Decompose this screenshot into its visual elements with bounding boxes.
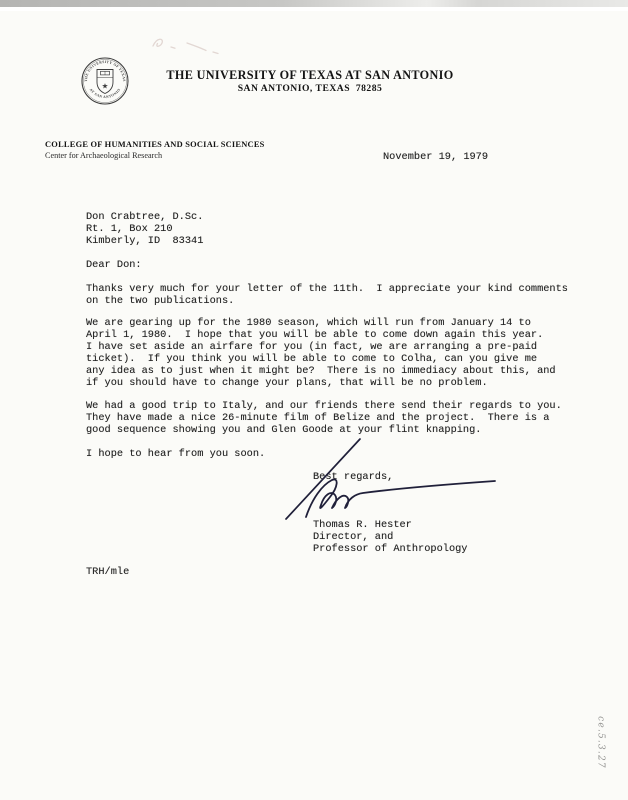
- letterhead-college: COLLEGE OF HUMANITIES AND SOCIAL SCIENCE…: [45, 140, 265, 149]
- recipient-address: Don Crabtree, D.Sc. Rt. 1, Box 210 Kimbe…: [86, 211, 203, 247]
- signature-ink: [278, 435, 500, 527]
- body-paragraph-4: I hope to hear from you soon.: [86, 448, 265, 460]
- signer-block: Thomas R. Hester Director, and Professor…: [313, 519, 467, 555]
- letterhead-university-name: THE UNIVERSITY OF TEXAS AT SAN ANTONIO: [0, 68, 620, 83]
- signature-upstroke: [286, 439, 360, 519]
- scanner-edge-strip: [0, 0, 628, 7]
- pencil-mark: [145, 34, 235, 58]
- typist-reference: TRH/mle: [86, 566, 129, 578]
- body-paragraph-3: We had a good trip to Italy, and our fri…: [86, 400, 562, 436]
- archival-note-handwritten: ce.5.3.27: [593, 697, 606, 789]
- page-top-edge: [0, 7, 628, 11]
- body-paragraph-2: We are gearing up for the 1980 season, w…: [86, 317, 556, 390]
- body-paragraph-1: Thanks very much for your letter of the …: [86, 283, 568, 307]
- letter-date: November 19, 1979: [383, 151, 488, 163]
- letterhead-city-line: SAN ANTONIO, TEXAS 78285: [0, 83, 620, 94]
- letter-scan-page: THE UNIVERSITY OF TEXAS AT SAN ANTONIO ★…: [0, 0, 628, 800]
- signature-name-scrawl: [306, 479, 495, 517]
- salutation: Dear Don:: [86, 259, 142, 271]
- letterhead-center: Center for Archaeological Research: [45, 151, 162, 160]
